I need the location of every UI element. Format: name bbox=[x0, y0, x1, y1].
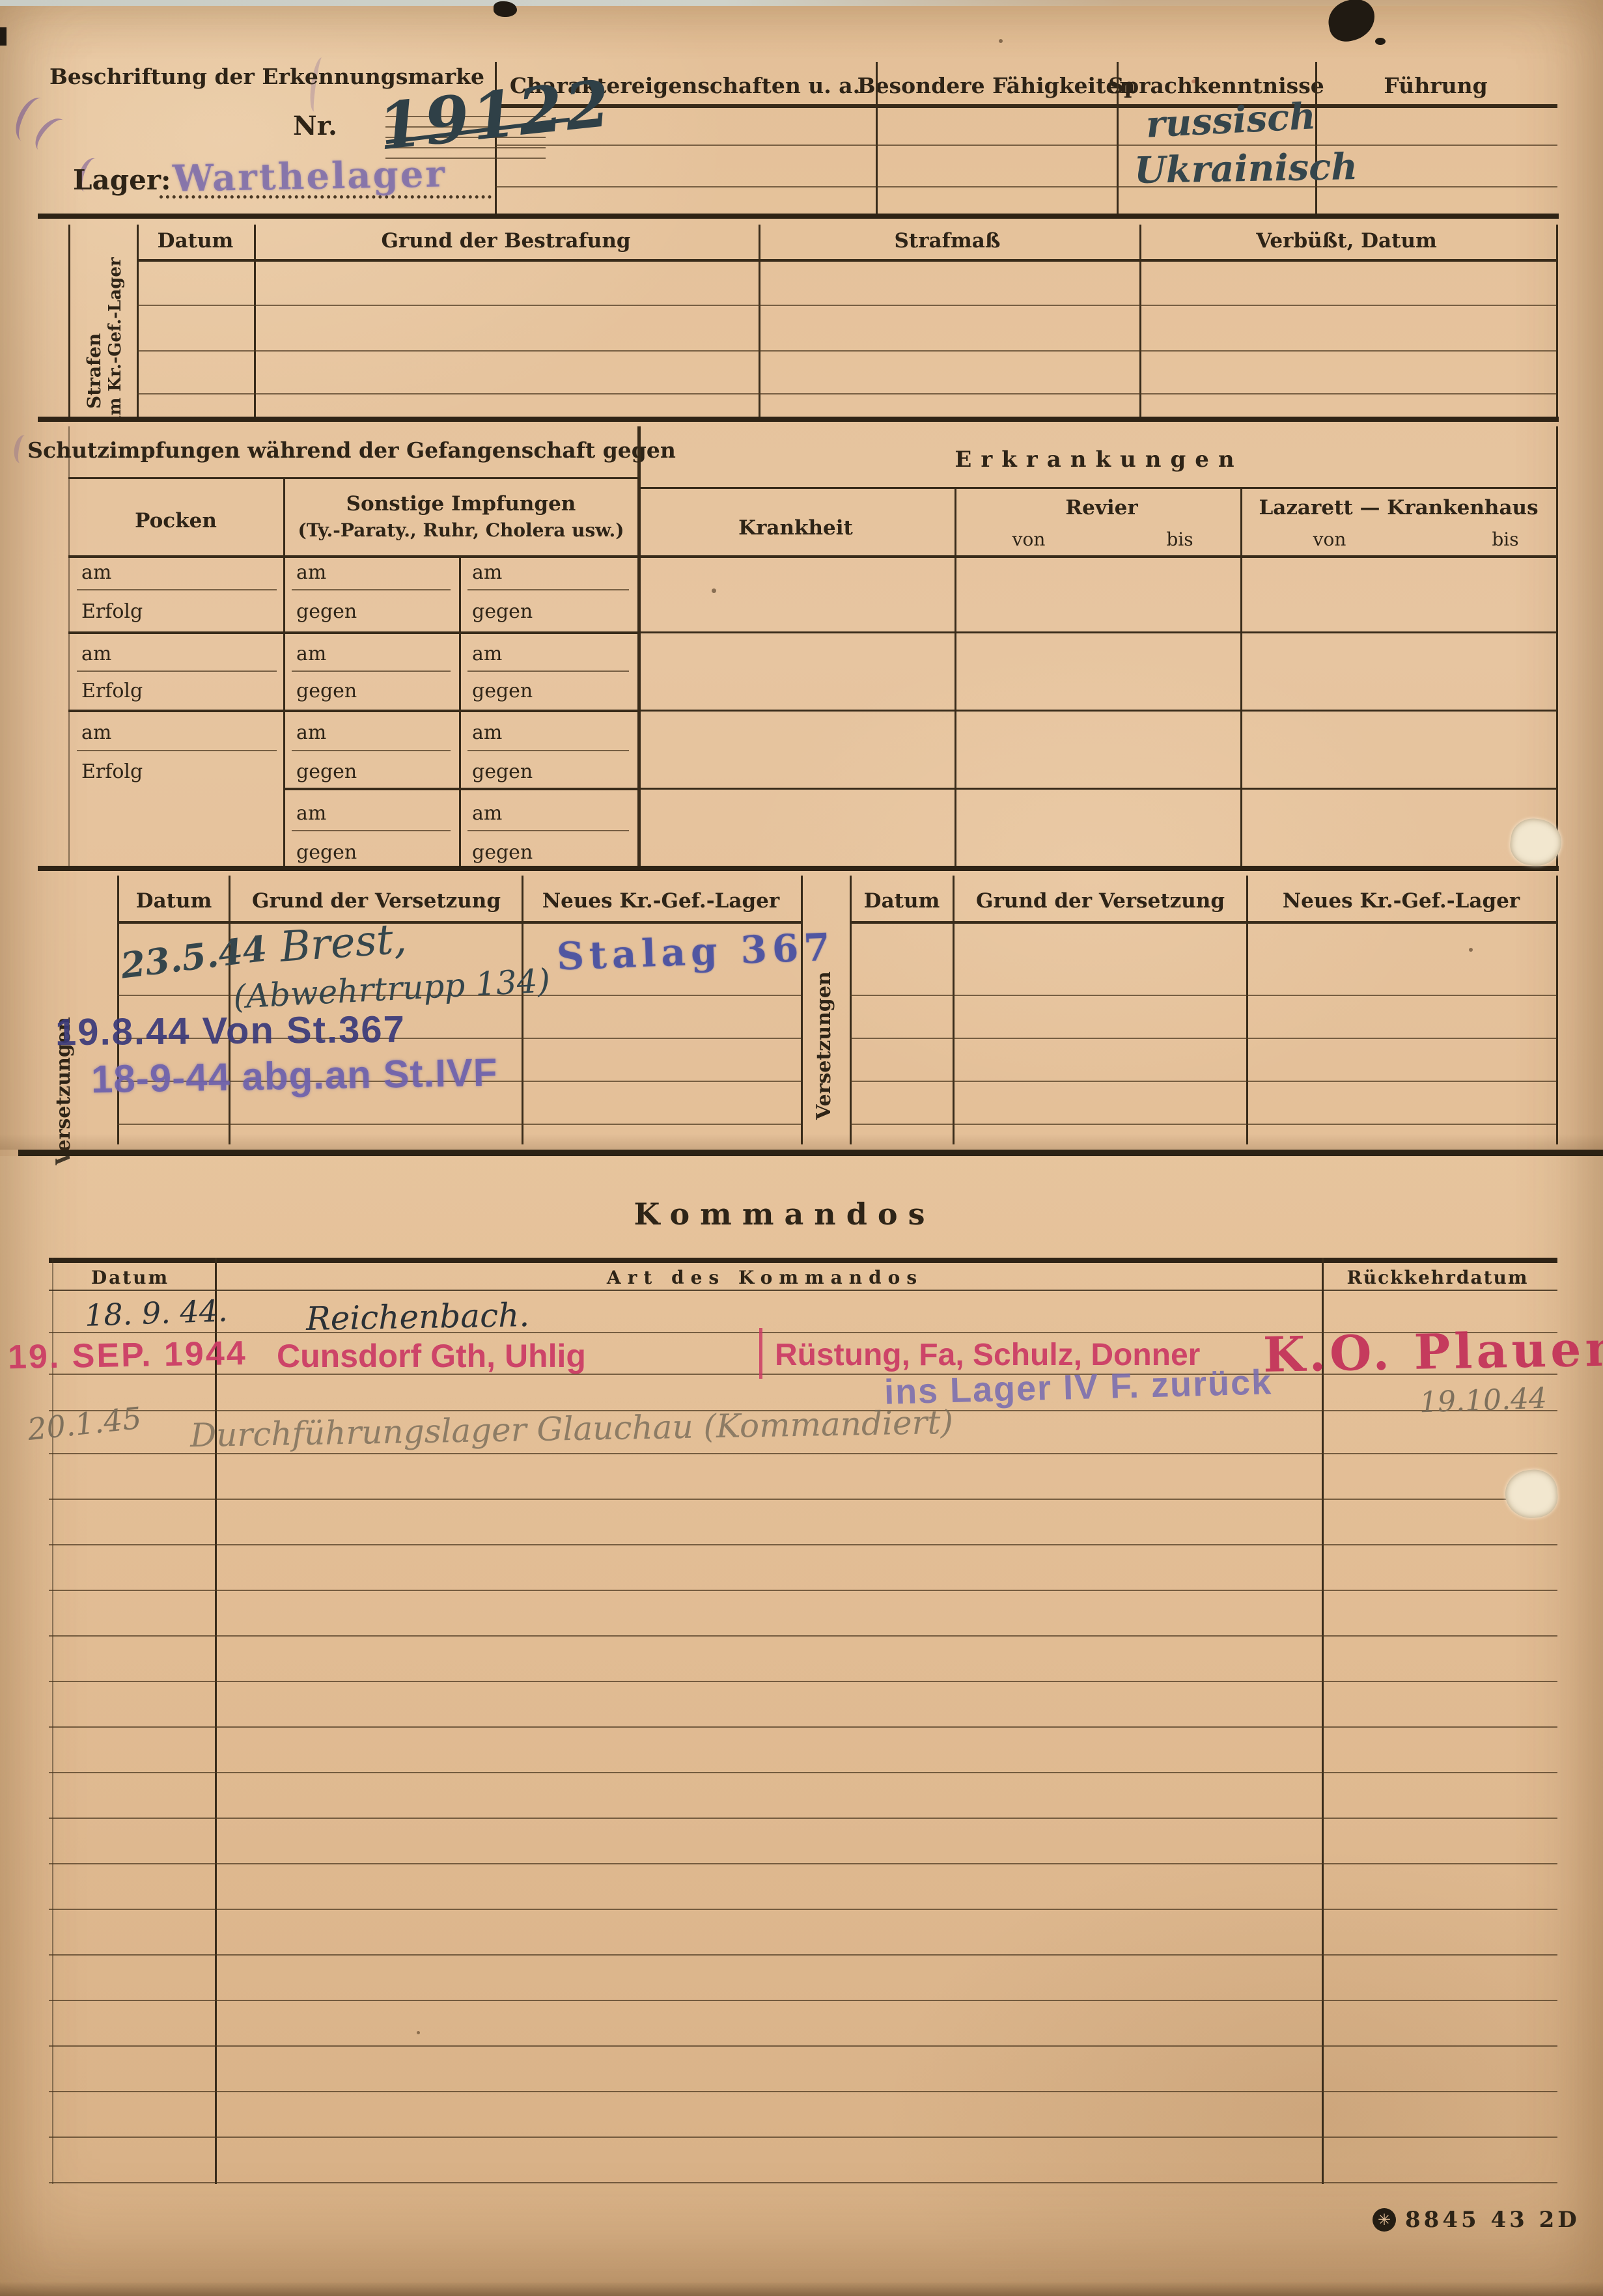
pocken-erfolg-1: Erfolg bbox=[81, 600, 143, 623]
col-lazarett: Lazarett — Krankenhaus bbox=[1259, 496, 1538, 519]
column-divider bbox=[1315, 62, 1317, 214]
column-divider bbox=[1117, 62, 1119, 214]
column-divider bbox=[1246, 876, 1248, 1144]
column-divider bbox=[254, 225, 256, 417]
revier-von: von bbox=[1012, 529, 1046, 550]
row-line bbox=[467, 830, 629, 831]
kommandos-col-art: Art des Kommandos bbox=[607, 1267, 923, 1288]
stain-speck bbox=[999, 39, 1003, 43]
pocken-erfolg-3: Erfolg bbox=[81, 760, 143, 783]
lager-stamp: Warthelager bbox=[172, 152, 447, 200]
pocken-am-2: am bbox=[81, 643, 111, 665]
header-rule bbox=[49, 1290, 1557, 1291]
col-sonstige-line2: (Ty.-Paraty., Ruhr, Cholera usw.) bbox=[298, 519, 624, 541]
sonstige2-am-4: am bbox=[472, 802, 502, 825]
row-line bbox=[49, 2137, 1557, 2138]
lager-label: Lager: bbox=[73, 164, 171, 196]
row-line bbox=[49, 1544, 1557, 1545]
row-line bbox=[467, 671, 629, 672]
print-code-block: ✳ 8845 43 2D bbox=[1373, 2207, 1580, 2233]
versetzungen-right-col-datum: Datum bbox=[864, 889, 940, 913]
print-code: 8845 43 2D bbox=[1405, 2207, 1580, 2233]
table-border bbox=[801, 876, 803, 1144]
sonstige2-gegen-2: gegen bbox=[472, 680, 533, 702]
row-line bbox=[137, 305, 1556, 306]
versetzungen-right-col-grund: Grund der Versetzung bbox=[976, 889, 1225, 913]
row-line bbox=[77, 671, 277, 672]
header-rule bbox=[495, 104, 1557, 108]
transfer-reason-line1: Brest, bbox=[279, 915, 408, 971]
table-border bbox=[850, 876, 852, 1144]
ink-blot bbox=[494, 1, 517, 17]
row-line bbox=[292, 750, 451, 751]
sonstige2-am-2: am bbox=[472, 643, 502, 665]
ko-plauen-stamp: K.O. Plauen bbox=[1262, 1321, 1603, 1383]
section-rule bbox=[38, 417, 1559, 422]
column-divider bbox=[137, 225, 139, 417]
language-entry-1: russisch bbox=[1145, 94, 1317, 146]
title-rule bbox=[68, 477, 637, 479]
title-rule bbox=[637, 487, 1557, 489]
versetzungen-left-col-datum: Datum bbox=[136, 889, 212, 913]
header-rule bbox=[637, 555, 1557, 558]
language-entry-2: Ukrainisch bbox=[1134, 145, 1358, 192]
sonstige2-gegen-1: gegen bbox=[472, 600, 533, 623]
row-line bbox=[850, 995, 1556, 996]
strafen-side-label-line2: im Kr.-Gef.-Lager bbox=[105, 259, 125, 422]
strafen-col-strafmass: Strafmaß bbox=[895, 229, 1001, 253]
ink-blot bbox=[1375, 38, 1386, 45]
row-line bbox=[137, 350, 1556, 352]
column-besondere-faehigkeiten: Besondere Fähigkeiten bbox=[857, 73, 1136, 98]
table-border bbox=[1556, 225, 1558, 417]
stain-speck bbox=[712, 588, 716, 593]
row-line bbox=[850, 1081, 1556, 1082]
row-line bbox=[637, 631, 1557, 633]
row-line bbox=[77, 589, 277, 590]
row-line bbox=[49, 1590, 1557, 1591]
stalag-367-stamp: Stalag 367 bbox=[556, 925, 836, 979]
row-line bbox=[637, 710, 1557, 712]
pair-rule bbox=[283, 788, 637, 790]
row-line bbox=[137, 393, 1556, 394]
sonstige2-gegen-3: gegen bbox=[472, 760, 533, 783]
row-line bbox=[49, 2091, 1557, 2092]
row-line bbox=[850, 1038, 1556, 1039]
row-line bbox=[49, 1818, 1557, 1819]
pow-record-card: Beschriftung der Erkennungsmarke Charakt… bbox=[0, 0, 1603, 2296]
table-border bbox=[68, 426, 70, 866]
page-bottom-edge bbox=[0, 2282, 1603, 2296]
pocken-erfolg-2: Erfolg bbox=[81, 680, 143, 702]
column-fuehrung: Führung bbox=[1384, 73, 1487, 98]
row-line bbox=[467, 589, 629, 590]
header-rule bbox=[850, 921, 1556, 924]
row-line bbox=[292, 830, 451, 831]
row-line bbox=[77, 750, 277, 751]
row-line bbox=[49, 1863, 1557, 1864]
stain-speck bbox=[417, 2031, 420, 2034]
strafen-col-datum: Datum bbox=[158, 229, 234, 253]
column-divider bbox=[953, 876, 955, 1144]
writing-line bbox=[495, 145, 1557, 146]
ink-blot bbox=[0, 27, 7, 46]
pocken-am-3: am bbox=[81, 721, 111, 744]
kommando-1-place: Reichenbach. bbox=[306, 1296, 530, 1338]
ink-blot bbox=[1324, 0, 1378, 45]
kommando-2-return-date: 19.10.44 bbox=[1419, 1382, 1548, 1420]
column-sprachkenntnisse: Sprachkenntnisse bbox=[1108, 73, 1324, 98]
pair-rule bbox=[68, 631, 637, 634]
column-divider bbox=[1139, 225, 1141, 417]
sonstige1-am-2: am bbox=[296, 643, 326, 665]
col-pocken: Pocken bbox=[135, 509, 217, 533]
sonstige1-gegen-4: gegen bbox=[296, 841, 357, 864]
von-stalag-stamp: 19.8.44 Von St.367 bbox=[55, 1008, 406, 1055]
pocken-am-1: am bbox=[81, 561, 111, 584]
sonstige1-am-1: am bbox=[296, 561, 326, 584]
sonstige2-gegen-4: gegen bbox=[472, 841, 533, 864]
printer-emblem-icon: ✳ bbox=[1373, 2208, 1396, 2232]
lazarett-von: von bbox=[1313, 529, 1346, 550]
lazarett-bis: bis bbox=[1492, 529, 1518, 550]
abgang-stamp: 18-9-44 abg.an St.IVF bbox=[91, 1050, 498, 1102]
punch-hole bbox=[1503, 1467, 1559, 1521]
kommandos-title: Kommandos bbox=[634, 1196, 936, 1232]
stain-speck bbox=[1469, 948, 1473, 952]
kommandos-col-rueckkehr: Rückkehrdatum bbox=[1346, 1267, 1528, 1288]
section-rule bbox=[38, 214, 1559, 219]
pair-rule bbox=[68, 710, 637, 712]
row-line bbox=[49, 2000, 1557, 2001]
row-line bbox=[49, 2182, 1557, 2183]
column-divider bbox=[759, 225, 760, 417]
row-line bbox=[637, 788, 1557, 790]
nr-label: Nr. bbox=[293, 111, 337, 141]
column-divider bbox=[876, 62, 878, 214]
row-line bbox=[292, 589, 451, 590]
impfungen-title: Schutzimpfungen während der Gefangenscha… bbox=[27, 437, 676, 463]
column-divider bbox=[522, 876, 523, 1144]
strafen-col-verbuesst: Verbüßt, Datum bbox=[1256, 229, 1437, 253]
row-line bbox=[49, 1954, 1557, 1956]
kommandos-col-datum: Datum bbox=[91, 1267, 169, 1288]
col-krankheit: Krankheit bbox=[738, 516, 853, 540]
writing-line bbox=[495, 186, 1557, 187]
kommando-2-date-stamp: 19. SEP. 1944 bbox=[8, 1334, 248, 1377]
red-stamp-divider bbox=[759, 1328, 762, 1379]
kommando-3-date: 20.1.45 bbox=[26, 1400, 143, 1447]
kommando-2-firm-stamp-a: Cunsdorf Gth, Uhlig bbox=[277, 1337, 586, 1375]
row-line bbox=[49, 1453, 1557, 1454]
column-divider bbox=[1240, 487, 1242, 866]
row-line bbox=[49, 1499, 1557, 1500]
table-border bbox=[1556, 426, 1558, 866]
col-revier: Revier bbox=[1065, 496, 1137, 519]
strafen-col-grund: Grund der Bestrafung bbox=[381, 229, 630, 253]
row-line bbox=[467, 750, 629, 751]
kommando-1-date: 18. 9. 44. bbox=[84, 1293, 228, 1333]
row-line bbox=[117, 1124, 801, 1125]
revier-bis: bis bbox=[1166, 529, 1193, 550]
header-rule bbox=[137, 259, 1556, 262]
table-top-rule bbox=[49, 1258, 1557, 1263]
row-line bbox=[49, 1726, 1557, 1728]
row-line bbox=[850, 1124, 1556, 1125]
strafen-side-label-line1: Strafen bbox=[83, 279, 105, 409]
erkrankungen-title: Erkrankungen bbox=[955, 447, 1243, 473]
page-fold-rule bbox=[18, 1150, 1603, 1156]
versetzungen-right-col-neues: Neues Kr.-Gef.-Lager bbox=[1283, 889, 1520, 913]
table-border bbox=[68, 225, 70, 417]
sonstige1-am-4: am bbox=[296, 802, 326, 825]
half-divider bbox=[637, 426, 641, 866]
column-divider bbox=[955, 487, 956, 866]
fold-shadow bbox=[0, 1134, 1603, 1150]
row-line bbox=[49, 2045, 1557, 2047]
row-line bbox=[292, 671, 451, 672]
column-divider bbox=[283, 477, 285, 866]
row-line bbox=[49, 1772, 1557, 1773]
sonstige1-am-3: am bbox=[296, 721, 326, 744]
section-rule bbox=[38, 866, 1559, 871]
row-line bbox=[49, 1681, 1557, 1682]
versetzungen-left-col-neues: Neues Kr.-Gef.-Lager bbox=[542, 889, 779, 913]
sonstige1-gegen-1: gegen bbox=[296, 600, 357, 623]
versetzungen-left-col-grund: Grund der Versetzung bbox=[252, 889, 501, 913]
sonstige2-am-1: am bbox=[472, 561, 502, 584]
col-sonstige-line1: Sonstige Impfungen bbox=[346, 492, 576, 516]
header-rule bbox=[68, 555, 637, 558]
sonstige1-gegen-3: gegen bbox=[296, 760, 357, 783]
row-line bbox=[49, 1909, 1557, 1910]
table-border bbox=[1556, 876, 1558, 1144]
sonstige2-am-3: am bbox=[472, 721, 502, 744]
sonstige1-gegen-2: gegen bbox=[296, 680, 357, 702]
row-line bbox=[49, 1635, 1557, 1637]
header-rule bbox=[117, 921, 801, 924]
